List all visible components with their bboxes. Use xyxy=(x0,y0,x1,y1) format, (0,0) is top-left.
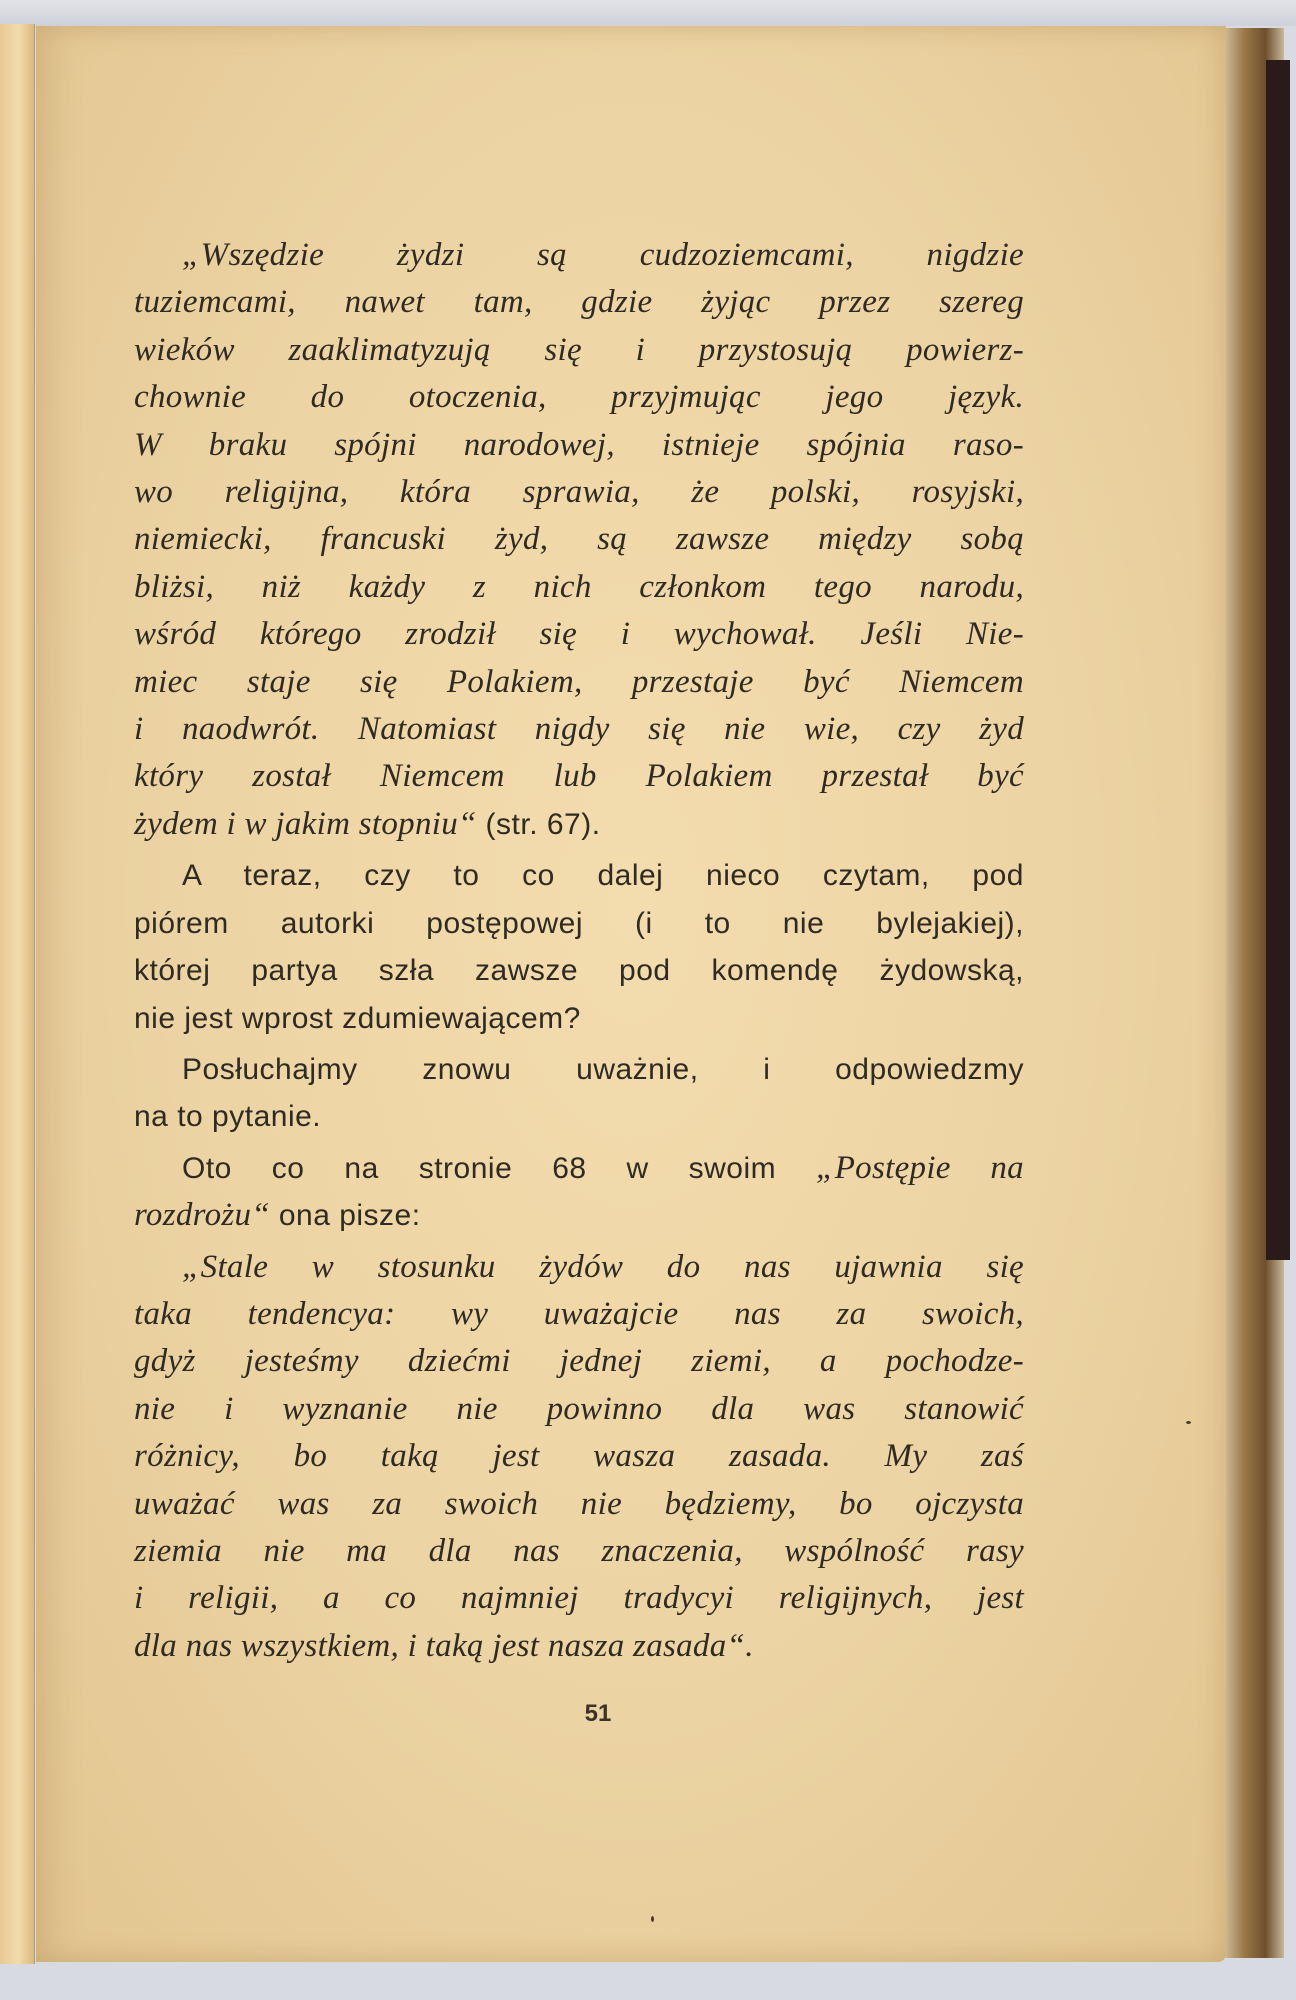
page-number: 51 xyxy=(548,1700,648,1728)
text-line: na to pytanie. xyxy=(134,1093,1024,1140)
text-line: W braku spójni narodowej, istnieje spójn… xyxy=(134,422,1024,469)
text-line: wo religijna, która sprawia, że polski, … xyxy=(134,469,1024,516)
text-line: żydem i w jakim stopniu“ (str. 67). xyxy=(134,801,1024,848)
text-line: dla nas wszystkiem, i taką jest nasza za… xyxy=(134,1623,1024,1670)
text-line: której partya szła zawsze pod komendę ży… xyxy=(134,947,1024,994)
text-line: różnicy, bo taką jest wasza zasada. My z… xyxy=(134,1433,1024,1480)
text-line: chownie do otoczenia, przyjmując jego ję… xyxy=(134,374,1024,421)
quote-paragraph-2: „Stale w stosunku żydów do nas ujawnia s… xyxy=(134,1244,1024,1671)
text-run: ona pisze: xyxy=(270,1199,421,1232)
text-line: wieków zaaklimatyzują się i przystosują … xyxy=(134,327,1024,374)
text-line: ziemia nie ma dla nas znaczenia, wspólno… xyxy=(134,1528,1024,1575)
paper-speck xyxy=(651,1916,654,1922)
text-line: i religii, a co najmniej tradycyi religi… xyxy=(134,1575,1024,1622)
quote-end: żydem i w jakim stopniu“ xyxy=(134,806,477,842)
paragraph-4: Oto co na stronie 68 w swoim „Postępie n… xyxy=(134,1145,1024,1240)
text-line: Posłuchajmy znowu uważnie, i odpowiedzmy xyxy=(134,1046,1024,1093)
text-line: tuziemcami, nawet tam, gdzie żyjąc przez… xyxy=(134,279,1024,326)
book-title-start: „Postępie na xyxy=(816,1150,1024,1186)
text-line: A teraz, czy to co dalej nieco czytam, p… xyxy=(134,852,1024,899)
text-line: nie jest wprost zdumiewającem? xyxy=(134,995,1024,1042)
paragraph-2: A teraz, czy to co dalej nieco czytam, p… xyxy=(134,852,1024,1042)
text-line: „Stale w stosunku żydów do nas ujawnia s… xyxy=(134,1244,1024,1291)
text-line: „Wszędzie żydzi są cudzoziemcami, nigdzi… xyxy=(134,232,1024,279)
quote-paragraph-1: „Wszędzie żydzi są cudzoziemcami, nigdzi… xyxy=(134,232,1024,848)
text-line: rozdrożu“ ona pisze: xyxy=(134,1192,1024,1239)
scan-background-top xyxy=(0,0,1296,26)
text-line: miec staje się Polakiem, przestaje być N… xyxy=(134,659,1024,706)
scan-background-bottom xyxy=(0,1960,1296,2000)
page-reference: (str. 67). xyxy=(477,808,601,841)
text-run: Oto co na stronie 68 w swoim xyxy=(182,1152,816,1185)
text-line: i naodwrót. Natomiast nigdy się nie wie,… xyxy=(134,706,1024,753)
paper-speck xyxy=(1186,1421,1191,1424)
text-line: gdyż jesteśmy dziećmi jednej ziemi, a po… xyxy=(134,1338,1024,1385)
text-line: niemiecki, francuski żyd, są zawsze międ… xyxy=(134,516,1024,563)
text-line: taka tendencya: wy uważajcie nas za swoi… xyxy=(134,1291,1024,1338)
text-line: nie i wyznanie nie powinno dla was stano… xyxy=(134,1386,1024,1433)
facing-page-edge xyxy=(0,24,35,1964)
page-text: „Wszędzie żydzi są cudzoziemcami, nigdzi… xyxy=(134,232,1024,1670)
book-title-end: rozdrożu“ xyxy=(134,1197,270,1233)
paragraph-3: Posłuchajmy znowu uważnie, i odpowiedzmy… xyxy=(134,1046,1024,1141)
text-line: piórem autorki postępowej (i to nie byle… xyxy=(134,900,1024,947)
text-line: który został Niemcem lub Polakiem przest… xyxy=(134,753,1024,800)
text-line: Oto co na stronie 68 w swoim „Postępie n… xyxy=(134,1145,1024,1192)
text-line: uważać was za swoich nie będziemy, bo oj… xyxy=(134,1481,1024,1528)
book-cover-edge xyxy=(1266,60,1290,1260)
text-line: wśród którego zrodził się i wychował. Je… xyxy=(134,611,1024,658)
text-line: bliżsi, niż każdy z nich członkom tego n… xyxy=(134,564,1024,611)
